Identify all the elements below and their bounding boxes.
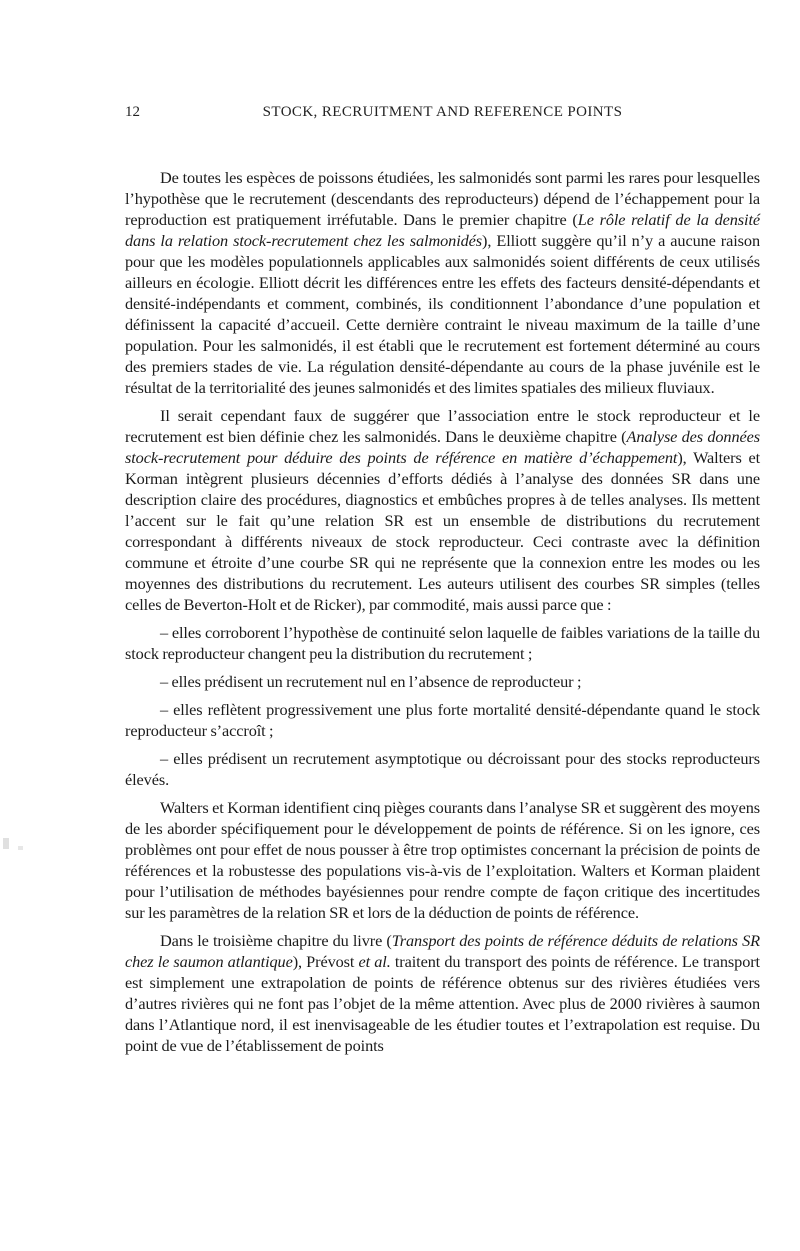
paragraph-2-text: ), Walters et Korman intègrent plusieurs… bbox=[125, 448, 760, 614]
bullet-item: – elles reflètent progressivement une pl… bbox=[125, 699, 760, 741]
paragraph-4-text: Dans le troisième chapitre du livre ( bbox=[160, 931, 392, 950]
page-number: 12 bbox=[125, 104, 140, 121]
et-al-italic: et al. bbox=[359, 952, 391, 971]
paragraph-3-text: Walters et Korman identifient cinq piège… bbox=[125, 798, 760, 922]
page-body: De toutes les espèces de poissons étudié… bbox=[125, 167, 760, 1056]
paragraph-1-text: ), Elliott suggère qu’il n’y a aucune ra… bbox=[125, 231, 760, 397]
paragraph-4-text: ), Prévost bbox=[293, 952, 359, 971]
paragraph-3: Walters et Korman identifient cinq piège… bbox=[125, 797, 760, 923]
paragraph-2: Il serait cependant faux de suggérer que… bbox=[125, 405, 760, 615]
bullet-item: – elles prédisent un recrutement asympto… bbox=[125, 748, 760, 790]
running-title: STOCK, RECRUITMENT AND REFERENCE POINTS bbox=[263, 104, 623, 120]
bullet-item: – elles prédisent un recrutement nul en … bbox=[125, 671, 760, 692]
paragraph-4: Dans le troisième chapitre du livre (Tra… bbox=[125, 930, 760, 1056]
bullet-item-text: – elles reflètent progressivement une pl… bbox=[125, 700, 760, 740]
bullet-item-text: – elles corroborent l’hypothèse de conti… bbox=[125, 623, 760, 663]
scan-artifact bbox=[18, 846, 23, 850]
bullet-item-text: – elles prédisent un recrutement nul en … bbox=[160, 672, 581, 691]
document-page: 12 STOCK, RECRUITMENT AND REFERENCE POIN… bbox=[0, 0, 800, 1251]
paragraph-1: De toutes les espèces de poissons étudié… bbox=[125, 167, 760, 398]
bullet-item: – elles corroborent l’hypothèse de conti… bbox=[125, 622, 760, 664]
page-header: 12 STOCK, RECRUITMENT AND REFERENCE POIN… bbox=[125, 104, 760, 121]
bullet-item-text: – elles prédisent un recrutement asympto… bbox=[125, 749, 760, 789]
scan-artifact bbox=[3, 838, 9, 849]
